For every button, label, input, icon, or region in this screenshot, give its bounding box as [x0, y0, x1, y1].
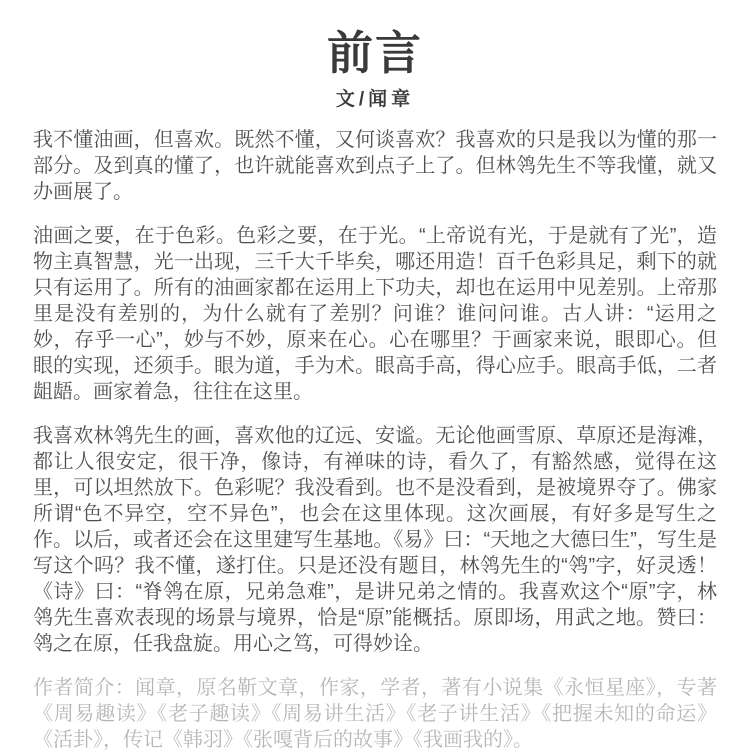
byline: 文/闻章 — [33, 84, 717, 111]
page-title: 前言 — [33, 28, 717, 79]
paragraph-3: 我喜欢林鸰先生的画，喜欢他的辽远、安谧。无论他画雪原、草原还是海滩，都让人很安定… — [33, 423, 717, 657]
document-header: 前言 文/闻章 — [33, 28, 717, 111]
paragraph-2: 油画之要，在于色彩。色彩之要，在于光。“上帝说有光，于是就有了光”，造物主真智慧… — [33, 223, 717, 405]
author-bio: 作者简介：闻章，原名靳文章，作家，学者，著有小说集《永恒星座》，专著《周易趣读》… — [33, 675, 717, 750]
document-page: 前言 文/闻章 我不懂油画，但喜欢。既然不懂，又何谈喜欢？我喜欢的只是我以为懂的… — [0, 0, 750, 750]
paragraph-1: 我不懂油画，但喜欢。既然不懂，又何谈喜欢？我喜欢的只是我以为懂的那一部分。及到真… — [33, 127, 717, 205]
article-body: 我不懂油画，但喜欢。既然不懂，又何谈喜欢？我喜欢的只是我以为懂的那一部分。及到真… — [33, 127, 717, 750]
